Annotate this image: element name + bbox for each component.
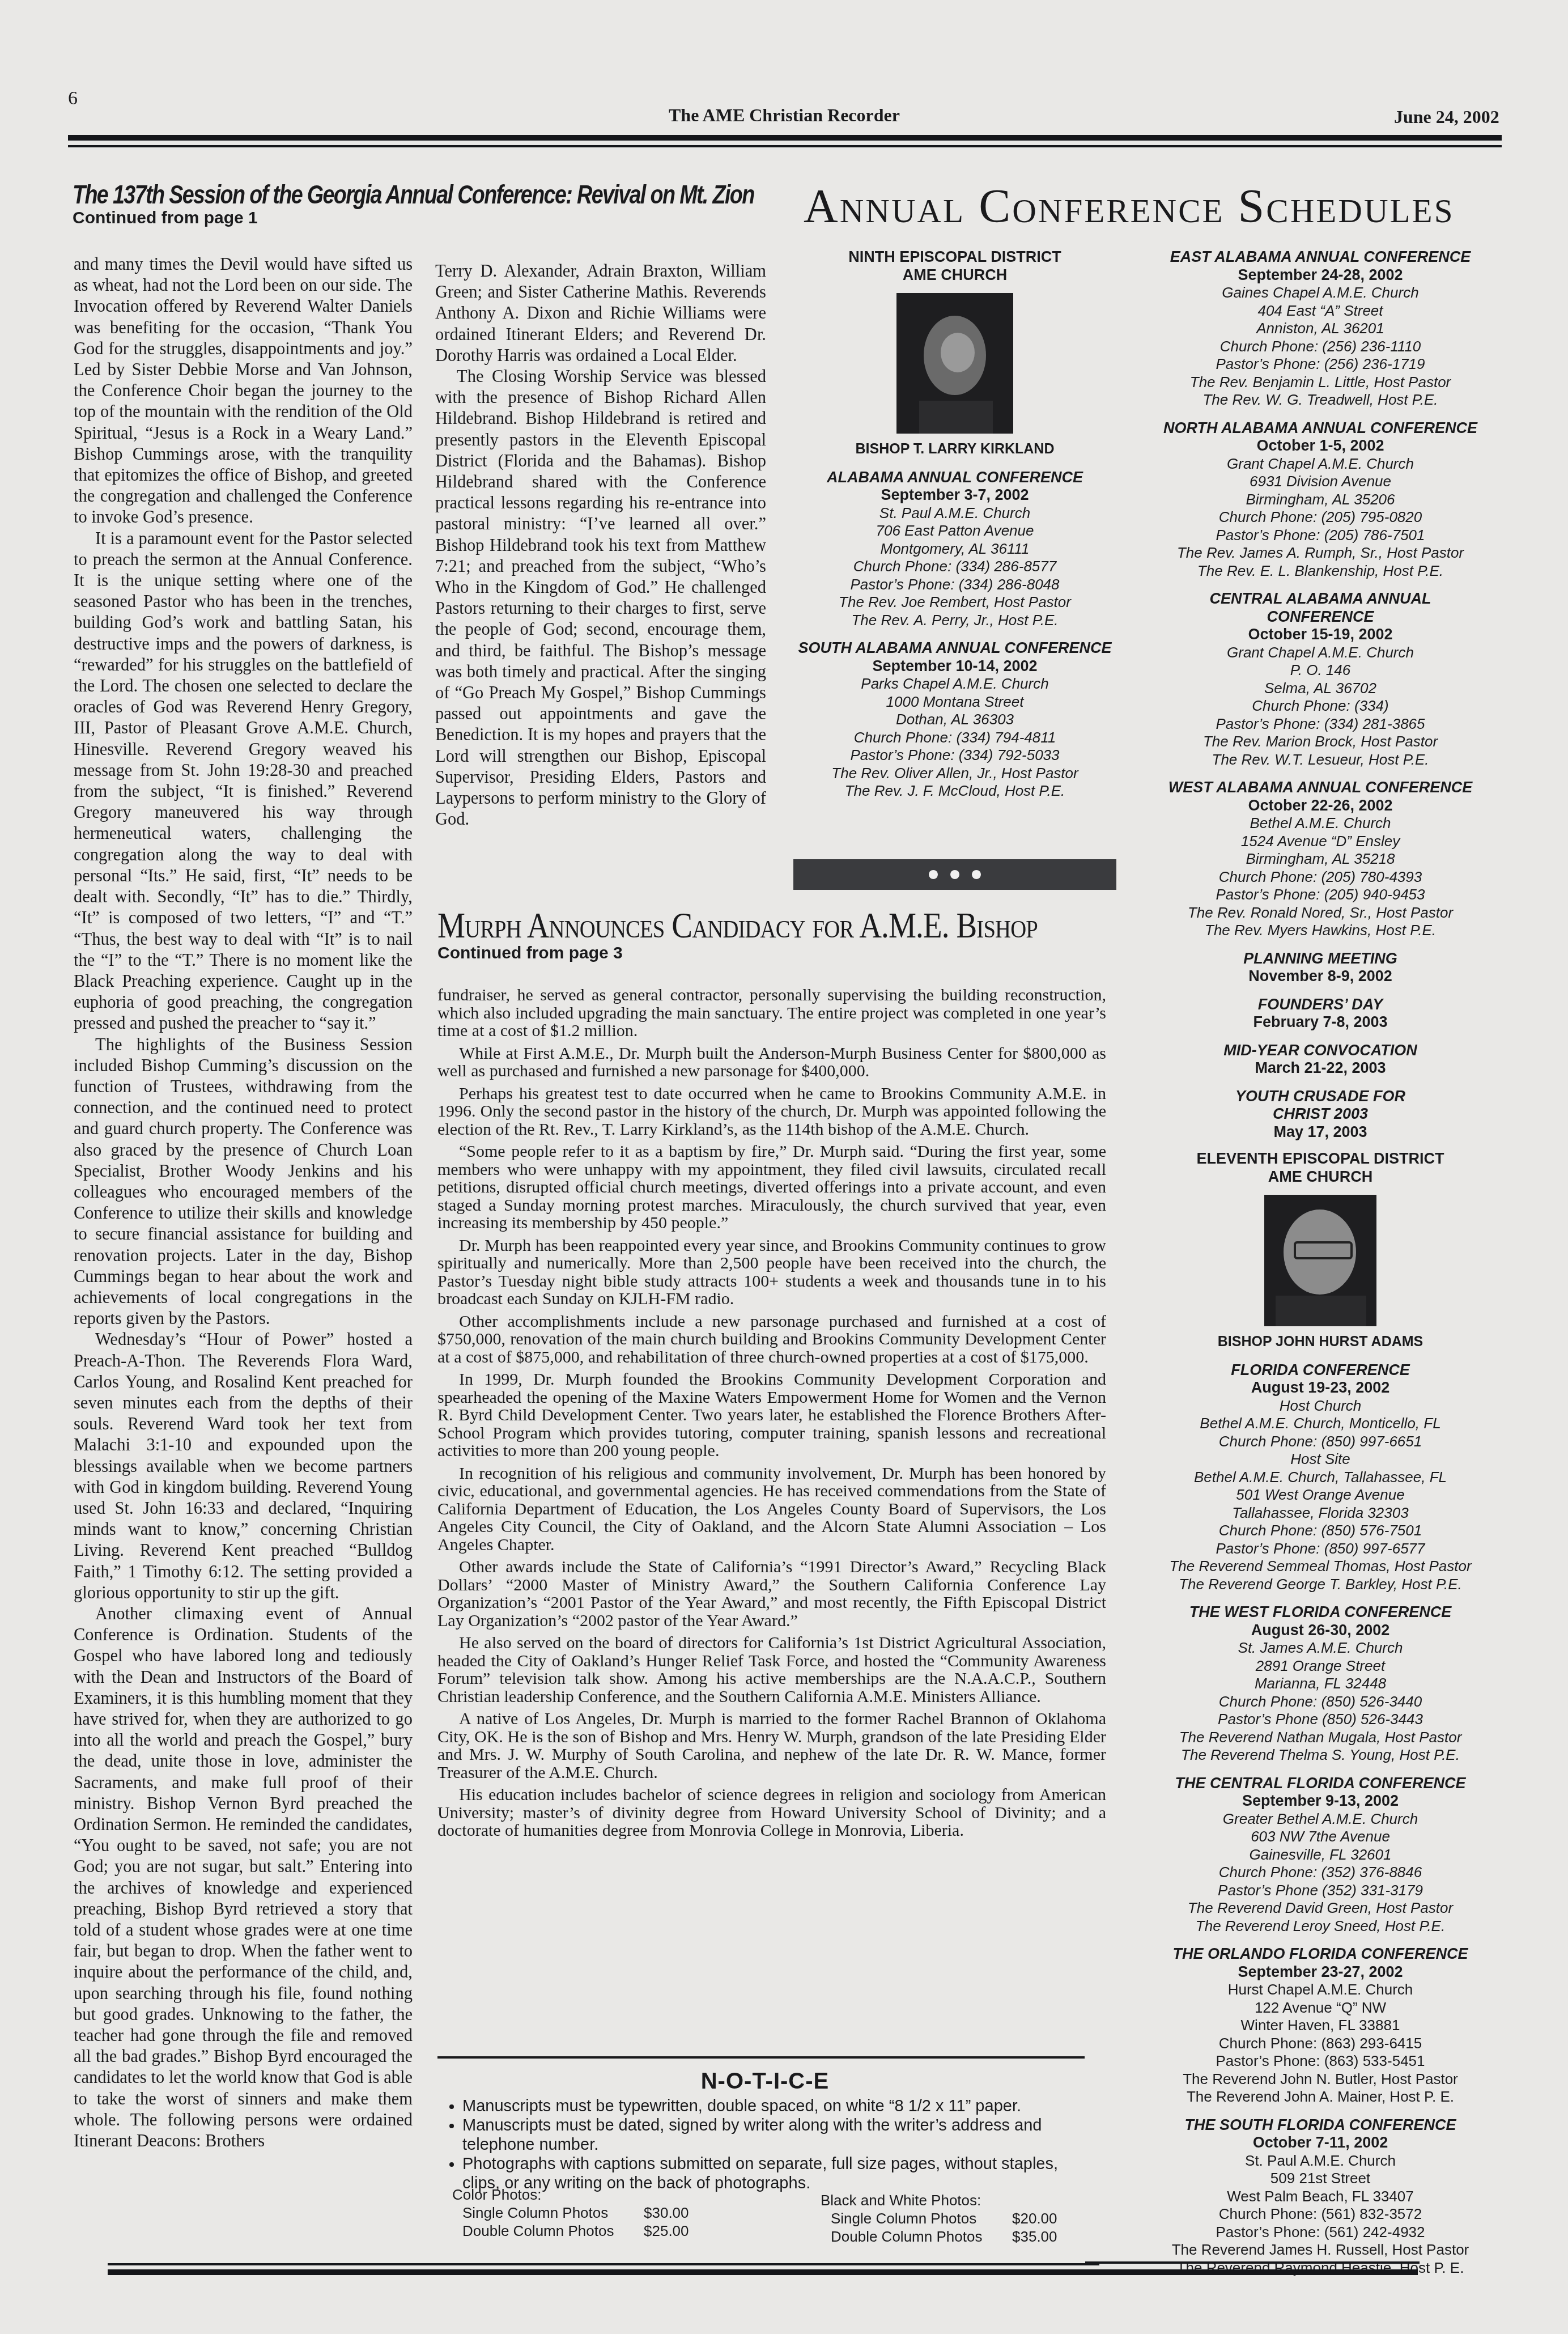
conference-detail: Grant Chapel A.M.E. Church — [1145, 644, 1496, 662]
price-label: Single Column Photos — [821, 2209, 1012, 2227]
conference-detail: Pastor’s Phone (352) 331-3179 — [1145, 1882, 1496, 1900]
conference-detail: The Reverend John N. Butler, Host Pastor — [1145, 2070, 1496, 2089]
conference-date: September 9-13, 2002 — [1145, 1792, 1496, 1810]
conference-name: THE WEST FLORIDA CONFERENCE — [1145, 1603, 1496, 1622]
conference-detail: 501 West Orange Avenue — [1145, 1486, 1496, 1504]
conference-detail: Church Phone: (850) 526-3440 — [1145, 1693, 1496, 1711]
georgia-article-column-2: Terry D. Alexander, Adrain Braxton, Will… — [435, 261, 766, 830]
conference-detail: 122 Avenue “Q” NW — [1145, 1999, 1496, 2017]
footer-rule-thin — [108, 2263, 1099, 2265]
conference-detail: Host Church — [1145, 1397, 1496, 1415]
conference-name: WEST ALABAMA ANNUAL CONFERENCE — [1145, 779, 1496, 797]
district-church: AME CHURCH — [1145, 1168, 1496, 1186]
conference-date: August 19-23, 2002 — [1145, 1379, 1496, 1397]
conference-detail: Pastor’s Phone: (205) 940-9453 — [1145, 886, 1496, 904]
event-name: FOUNDERS’ DAY — [1145, 996, 1496, 1014]
conference-detail: Church Phone: (205) 795-0820 — [1145, 508, 1496, 527]
conference-detail: Montgomery, AL 36111 — [793, 540, 1116, 558]
price-row: Single Column Photos$30.00 — [452, 2204, 689, 2222]
event-name: YOUTH CRUSADE FOR CHRIST 2003 — [1145, 1088, 1496, 1123]
paragraph: The Closing Worship Service was blessed … — [435, 366, 766, 830]
conference-detail: 1000 Montana Street — [793, 693, 1116, 711]
conference-detail: 2891 Orange Street — [1145, 1657, 1496, 1675]
conference-name: NORTH ALABAMA ANNUAL CONFERENCE — [1145, 419, 1496, 438]
conference-detail: 6931 Division Avenue — [1145, 473, 1496, 491]
footer-rule-right — [1085, 2261, 1420, 2264]
conference-detail: The Rev. Benjamin L. Little, Host Pastor — [1145, 374, 1496, 392]
price-row: Double Column Photos$25.00 — [452, 2222, 689, 2240]
conference-date: August 26-30, 2002 — [1145, 1622, 1496, 1640]
murph-article-headline: Murph Announces Candidacy for A.M.E. Bis… — [437, 905, 1038, 947]
georgia-article-column-1: and many times the Devil would have sift… — [74, 254, 413, 2151]
conference-date: October 15-19, 2002 — [1145, 626, 1496, 644]
conference-detail: Church Phone: (850) 997-6651 — [1145, 1433, 1496, 1451]
paragraph: Wednesday’s “Hour of Power” hosted a Pre… — [74, 1329, 413, 1603]
notice-title: N-O-T-I-C-E — [442, 2069, 1088, 2094]
conference-detail: The Reverend David Green, Host Pastor — [1145, 1899, 1496, 1917]
conference-detail: Greater Bethel A.M.E. Church — [1145, 1810, 1496, 1828]
price-label: Single Column Photos — [452, 2204, 644, 2222]
conference-detail: The Rev. W. G. Treadwell, Host P.E. — [1145, 391, 1496, 409]
paragraph: Other awards include the State of Califo… — [437, 1558, 1106, 1629]
conference-detail: Birmingham, AL 35218 — [1145, 850, 1496, 868]
event-date: May 17, 2003 — [1145, 1123, 1496, 1141]
paragraph: Another climaxing event of Annual Confer… — [74, 1603, 413, 2151]
conference-detail: 706 East Patton Avenue — [793, 522, 1116, 540]
paragraph: Terry D. Alexander, Adrain Braxton, Will… — [435, 261, 766, 366]
conference-detail: The Reverend James H. Russell, Host Past… — [1145, 2241, 1496, 2259]
conference-detail: The Rev. Myers Hawkins, Host P.E. — [1145, 922, 1496, 940]
three-dots-ornament-icon — [793, 859, 1116, 890]
conference-detail: St. James A.M.E. Church — [1145, 1639, 1496, 1657]
conference-name: CENTRAL ALABAMA ANNUAL CONFERENCE — [1145, 590, 1496, 626]
conference-detail: St. Paul A.M.E. Church — [1145, 2152, 1496, 2170]
masthead-rule-thin — [68, 145, 1502, 147]
publication-name: The AME Christian Recorder — [669, 105, 900, 126]
bw-photo-prices: Black and White Photos: Single Column Ph… — [821, 2191, 1057, 2246]
conference-detail: Bethel A.M.E. Church — [1145, 814, 1496, 833]
conference-date: September 10-14, 2002 — [793, 657, 1116, 676]
conference-detail: The Reverend Thelma S. Young, Host P.E. — [1145, 1746, 1496, 1764]
conference-detail: Church Phone: (334) 794-4811 — [793, 729, 1116, 747]
conference-detail: Anniston, AL 36201 — [1145, 320, 1496, 338]
notice-item: Manuscripts must be typewritten, double … — [462, 2097, 1088, 2116]
conference-detail: 1524 Avenue “D” Ensley — [1145, 833, 1496, 851]
conference-date: October 1-5, 2002 — [1145, 437, 1496, 455]
event-date: March 21-22, 2003 — [1145, 1059, 1496, 1077]
conference-detail: Pastor’s Phone (850) 526-3443 — [1145, 1711, 1496, 1729]
schedules-headline: Annual Conference Schedules — [804, 179, 1454, 234]
conference-name: SOUTH ALABAMA ANNUAL CONFERENCE — [793, 639, 1116, 657]
conference-detail: Church Phone: (334) 286-8577 — [793, 558, 1116, 576]
conference-detail: Selma, AL 36702 — [1145, 680, 1496, 698]
paragraph: In 1999, Dr. Murph founded the Brookins … — [437, 1370, 1106, 1460]
bishop-portrait-icon — [896, 293, 1013, 434]
paragraph: Other accomplishments include a new pars… — [437, 1313, 1106, 1367]
paragraph: fundraiser, he served as general contrac… — [437, 986, 1106, 1040]
conference-detail: Pastor’s Phone: (850) 997-6577 — [1145, 1540, 1496, 1558]
conference-detail: 404 East “A” Street — [1145, 302, 1496, 320]
conference-date: October 7-11, 2002 — [1145, 2134, 1496, 2152]
conference-detail: Church Phone: (561) 832-3572 — [1145, 2205, 1496, 2223]
conference-detail: Birmingham, AL 35206 — [1145, 491, 1496, 509]
conference-date: October 22-26, 2002 — [1145, 797, 1496, 815]
bishop-name: BISHOP JOHN HURST ADAMS — [1145, 1333, 1496, 1351]
price-value: $30.00 — [644, 2204, 689, 2222]
bishop-name: BISHOP T. LARRY KIRKLAND — [793, 440, 1116, 459]
conference-detail: The Rev. E. L. Blankenship, Host P.E. — [1145, 562, 1496, 580]
conference-detail: The Rev. Ronald Nored, Sr., Host Pastor — [1145, 904, 1496, 922]
price-value: $25.00 — [644, 2222, 689, 2240]
conference-date: September 24-28, 2002 — [1145, 266, 1496, 285]
georgia-article-headline: The 137th Session of the Georgia Annual … — [73, 179, 754, 210]
conference-detail: Pastor’s Phone: (334) 792-5033 — [793, 746, 1116, 765]
price-label: Double Column Photos — [821, 2227, 1012, 2246]
color-photo-prices: Color Photos: Single Column Photos$30.00… — [452, 2186, 689, 2240]
notice-rule — [437, 2056, 1085, 2059]
issue-date: June 24, 2002 — [1394, 107, 1499, 128]
bishop-portrait-icon — [1264, 1195, 1376, 1326]
event-date: November 8-9, 2002 — [1145, 967, 1496, 986]
conference-detail: The Reverend John A. Mainer, Host P. E. — [1145, 2088, 1496, 2106]
event-date: February 7-8, 2003 — [1145, 1013, 1496, 1032]
conference-detail: The Rev. A. Perry, Jr., Host P.E. — [793, 612, 1116, 630]
masthead-rule-thick — [68, 135, 1502, 141]
paragraph: While at First A.M.E., Dr. Murph built t… — [437, 1045, 1106, 1080]
conference-detail: 603 NW 7the Avenue — [1145, 1828, 1496, 1846]
conference-detail: The Rev. Marion Brock, Host Pastor — [1145, 733, 1496, 751]
conference-detail: The Rev. J. F. McCloud, Host P.E. — [793, 782, 1116, 800]
conference-detail: Pastor’s Phone: (256) 236-1719 — [1145, 355, 1496, 374]
paragraph: A native of Los Angeles, Dr. Murph is ma… — [437, 1710, 1106, 1781]
paragraph: In recognition of his religious and comm… — [437, 1465, 1106, 1554]
price-value: $20.00 — [1012, 2209, 1057, 2227]
conference-detail: Host Site — [1145, 1450, 1496, 1469]
paragraph: The highlights of the Business Session i… — [74, 1034, 413, 1330]
district-church: AME CHURCH — [793, 266, 1116, 285]
paragraph: Perhaps his greatest test to date occurr… — [437, 1085, 1106, 1139]
conference-date: September 3-7, 2002 — [793, 486, 1116, 504]
notice-list: Manuscripts must be typewritten, double … — [442, 2097, 1088, 2193]
conference-detail: Gainesville, FL 32601 — [1145, 1846, 1496, 1864]
conference-name: THE SOUTH FLORIDA CONFERENCE — [1145, 2116, 1496, 2134]
conference-detail: Church Phone: (256) 236-1110 — [1145, 338, 1496, 356]
conference-name: FLORIDA CONFERENCE — [1145, 1361, 1496, 1380]
conference-detail: The Reverend Leroy Sneed, Host P.E. — [1145, 1917, 1496, 1936]
conference-detail: 509 21st Street — [1145, 2170, 1496, 2188]
conference-name: THE ORLANDO FLORIDA CONFERENCE — [1145, 1945, 1496, 1963]
schedule-column-right: EAST ALABAMA ANNUAL CONFERENCE September… — [1145, 248, 1496, 2277]
conference-detail: Tallahassee, Florida 32303 — [1145, 1504, 1496, 1522]
ninth-district-schedule: NINTH EPISCOPAL DISTRICT AME CHURCH BISH… — [793, 248, 1116, 800]
conference-name: EAST ALABAMA ANNUAL CONFERENCE — [1145, 248, 1496, 266]
footer-rule-thick — [108, 2269, 1418, 2275]
price-row: Single Column Photos$20.00 — [821, 2209, 1057, 2227]
conference-detail: The Rev. Joe Rembert, Host Pastor — [793, 593, 1116, 612]
conference-detail: Bethel A.M.E. Church, Monticello, FL — [1145, 1415, 1496, 1433]
event-name: MID-YEAR CONVOCATION — [1145, 1042, 1496, 1060]
event-name: PLANNING MEETING — [1145, 950, 1496, 968]
price-row: Double Column Photos$35.00 — [821, 2227, 1057, 2246]
conference-detail: St. Paul A.M.E. Church — [793, 504, 1116, 523]
conference-detail: West Palm Beach, FL 33407 — [1145, 2188, 1496, 2206]
conference-detail: Pastor’s Phone: (334) 281-3865 — [1145, 715, 1496, 733]
conference-detail: Grant Chapel A.M.E. Church — [1145, 455, 1496, 473]
price-heading: Black and White Photos: — [821, 2191, 1057, 2209]
district-name: NINTH EPISCOPAL DISTRICT — [793, 248, 1116, 266]
conference-detail: Church Phone: (863) 293-6415 — [1145, 2035, 1496, 2053]
murph-continued-label: Continued from page 3 — [437, 944, 623, 963]
price-heading: Color Photos: — [452, 2186, 689, 2204]
page-number: 6 — [68, 88, 78, 109]
conference-detail: P. O. 146 — [1145, 661, 1496, 680]
conference-detail: Church Phone: (850) 576-7501 — [1145, 1522, 1496, 1540]
conference-detail: Pastor’s Phone: (205) 786-7501 — [1145, 527, 1496, 545]
conference-detail: Gaines Chapel A.M.E. Church — [1145, 284, 1496, 302]
conference-date: September 23-27, 2002 — [1145, 1963, 1496, 1981]
conference-detail: The Reverend George T. Barkley, Host P.E… — [1145, 1576, 1496, 1594]
conference-detail: Pastor’s Phone: (863) 533-5451 — [1145, 2052, 1496, 2070]
conference-detail: Pastor’s Phone: (561) 242-4932 — [1145, 2223, 1496, 2242]
georgia-continued-label: Continued from page 1 — [73, 209, 258, 228]
conference-detail: The Rev. W.T. Lesueur, Host P.E. — [1145, 751, 1496, 769]
price-label: Double Column Photos — [452, 2222, 644, 2240]
conference-detail: The Rev. Oliver Allen, Jr., Host Pastor — [793, 765, 1116, 783]
notice-box: N-O-T-I-C-E Manuscripts must be typewrit… — [442, 2069, 1088, 2193]
conference-detail: Hurst Chapel A.M.E. Church — [1145, 1981, 1496, 1999]
paragraph: It is a paramount event for the Pastor s… — [74, 528, 413, 1034]
conference-detail: Bethel A.M.E. Church, Tallahassee, FL — [1145, 1469, 1496, 1487]
conference-detail: Pastor’s Phone: (334) 286-8048 — [793, 576, 1116, 594]
paragraph: Dr. Murph has been reappointed every yea… — [437, 1237, 1106, 1308]
notice-item: Manuscripts must be dated, signed by wri… — [462, 2116, 1088, 2154]
paragraph: His education includes bachelor of scien… — [437, 1786, 1106, 1840]
conference-detail: The Rev. James A. Rumph, Sr., Host Pasto… — [1145, 544, 1496, 562]
conference-detail: The Reverend Semmeal Thomas, Host Pastor — [1145, 1558, 1496, 1576]
conference-detail: Dothan, AL 36303 — [793, 711, 1116, 729]
price-value: $35.00 — [1012, 2227, 1057, 2246]
district-name: ELEVENTH EPISCOPAL DISTRICT — [1145, 1150, 1496, 1168]
paragraph: He also served on the board of directors… — [437, 1634, 1106, 1705]
conference-name: THE CENTRAL FLORIDA CONFERENCE — [1145, 1775, 1496, 1793]
paragraph: “Some people refer to it as a baptism by… — [437, 1143, 1106, 1232]
conference-name: ALABAMA ANNUAL CONFERENCE — [793, 469, 1116, 487]
conference-detail: Marianna, FL 32448 — [1145, 1675, 1496, 1693]
paragraph: and many times the Devil would have sift… — [74, 254, 413, 528]
conference-detail: Winter Haven, FL 33881 — [1145, 2017, 1496, 2035]
conference-detail: The Reverend Nathan Mugala, Host Pastor — [1145, 1729, 1496, 1747]
conference-detail: Church Phone: (352) 376-8846 — [1145, 1864, 1496, 1882]
murph-article-body: fundraiser, he served as general contrac… — [437, 986, 1106, 1844]
conference-detail: Church Phone: (334) — [1145, 697, 1496, 715]
conference-detail: Church Phone: (205) 780-4393 — [1145, 868, 1496, 886]
conference-detail: Parks Chapel A.M.E. Church — [793, 675, 1116, 693]
